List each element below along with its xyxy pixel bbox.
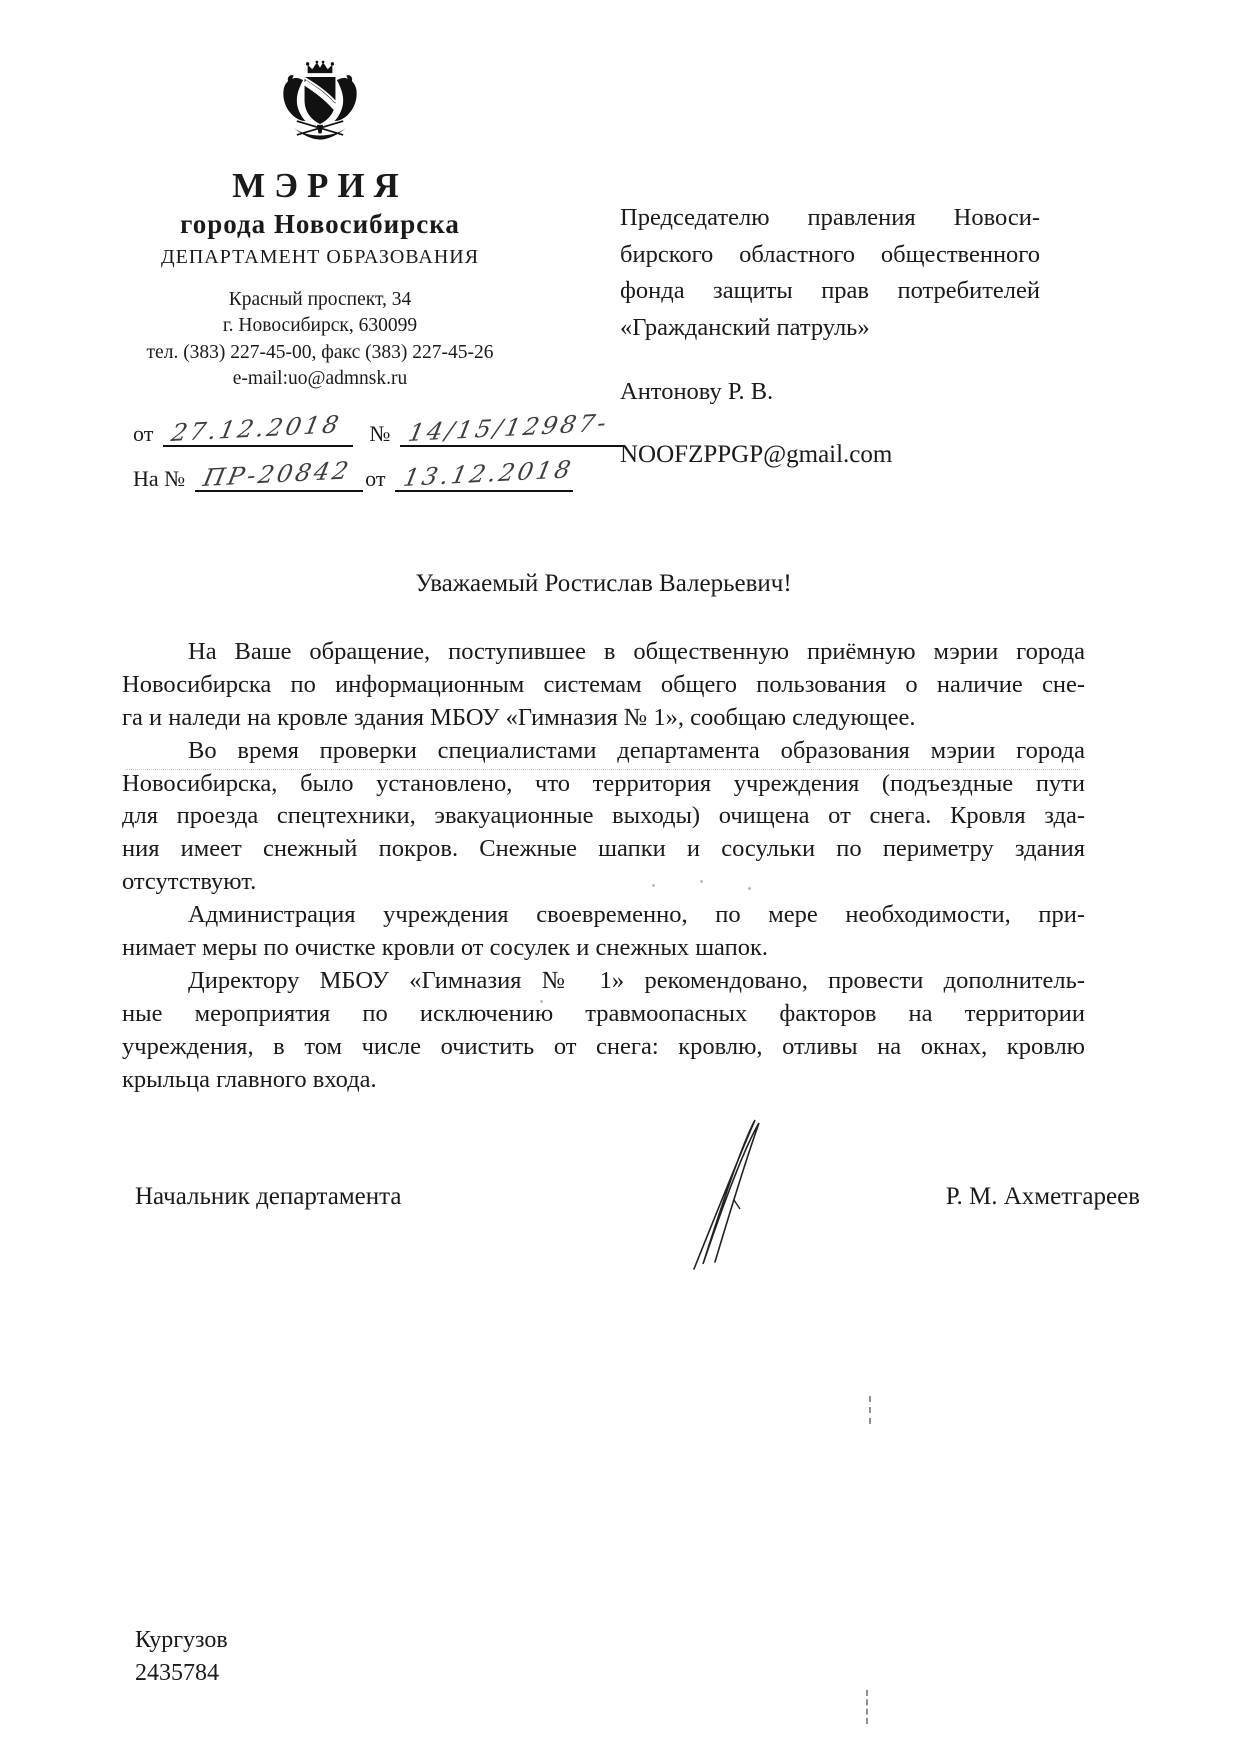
ref-from-label: от bbox=[133, 421, 163, 447]
pen-signature-icon bbox=[682, 1112, 782, 1277]
scan-speckle bbox=[748, 887, 751, 890]
outgoing-ref-row: от 27.12.2018 № 14/15/12987- bbox=[133, 415, 608, 447]
body-line: На Ваше обращение, поступившее в обществ… bbox=[122, 636, 1085, 669]
body-line: Новосибирска по информационным системам … bbox=[122, 669, 1085, 702]
scan-artifact-dash bbox=[866, 1690, 868, 1724]
incoming-ref-row: На № ПР-20842 от 13.12.2018 bbox=[133, 460, 608, 492]
outgoing-date-handwritten: 27.12.2018 bbox=[169, 410, 344, 447]
scan-noise-line bbox=[125, 769, 1080, 770]
letter-page: МЭРИЯ города Новосибирска ДЕПАРТАМЕНТ ОБ… bbox=[0, 0, 1240, 1754]
signer-name: Р. М. Ахметгареев bbox=[925, 1183, 1140, 1211]
outgoing-date-blank: 27.12.2018 bbox=[163, 415, 353, 447]
incoming-number-handwritten: ПР-20842 bbox=[201, 456, 354, 492]
body-line: учреждения, в том числе очистить от снег… bbox=[122, 1031, 1085, 1064]
executor-phone: 2435784 bbox=[135, 1657, 228, 1690]
org-city: города Новосибирска bbox=[95, 209, 545, 240]
letter-body: На Ваше обращение, поступившее в обществ… bbox=[122, 636, 1085, 1096]
body-line: Новосибирска, было установлено, что терр… bbox=[122, 768, 1085, 801]
outgoing-number-blank: 14/15/12987- bbox=[400, 415, 625, 447]
recipient-name: Антонову Р. В. bbox=[620, 378, 773, 406]
outgoing-number-handwritten: 14/15/12987- bbox=[406, 409, 612, 447]
executor-block: Кургузов 2435784 bbox=[135, 1624, 228, 1690]
incoming-number-blank: ПР-20842 bbox=[195, 460, 363, 492]
recipient-line: «Гражданский патруль» bbox=[620, 310, 1040, 347]
body-line: Во время проверки специалистами департам… bbox=[122, 735, 1085, 768]
address-city: г. Новосибирск, 630099 bbox=[95, 313, 545, 340]
scan-speckle bbox=[540, 1000, 543, 1003]
body-line: Директору МБОУ «Гимназия № 1» рекомендов… bbox=[122, 965, 1085, 998]
recipient-line: бирского областного общественного bbox=[620, 237, 1040, 274]
email-line: e-mail:uo@admnsk.ru bbox=[95, 366, 545, 393]
body-line: крыльца главного входа. bbox=[122, 1064, 1085, 1097]
salutation: Уважаемый Ростислав Валерьевич! bbox=[122, 570, 1085, 598]
incoming-date-blank: 13.12.2018 bbox=[395, 460, 573, 492]
recipient-email: NOOFZPPGP@gmail.com bbox=[620, 441, 892, 469]
recipient-block: Председателю правления Новоси- бирского … bbox=[620, 200, 1040, 346]
recipient-line: Председателю правления Новоси- bbox=[620, 200, 1040, 237]
org-name: МЭРИЯ bbox=[95, 168, 545, 205]
signer-position: Начальник департамента bbox=[135, 1183, 401, 1211]
department-name: ДЕПАРТАМЕНТ ОБРАЗОВАНИЯ bbox=[95, 246, 545, 269]
recipient-line: фонда защиты прав потребителей bbox=[620, 273, 1040, 310]
address-street: Красный проспект, 34 bbox=[95, 287, 545, 314]
letterhead: МЭРИЯ города Новосибирска ДЕПАРТАМЕНТ ОБ… bbox=[95, 60, 545, 393]
body-line: ния имеет снежный покров. Снежные шапки … bbox=[122, 833, 1085, 866]
body-line: отсутствуют. bbox=[122, 866, 1085, 899]
reply-number-label: На № bbox=[133, 466, 195, 492]
scan-speckle bbox=[700, 880, 703, 883]
reply-from-label: от bbox=[365, 466, 395, 492]
body-line: га и наледи на кровле здания МБОУ «Гимна… bbox=[122, 702, 1085, 735]
ref-number-label: № bbox=[369, 421, 400, 447]
org-address-block: Красный проспект, 34 г. Новосибирск, 630… bbox=[95, 287, 545, 393]
reference-block: от 27.12.2018 № 14/15/12987- На № ПР-208… bbox=[133, 415, 608, 505]
body-line: ные мероприятия по исключению травмоопас… bbox=[122, 998, 1085, 1031]
incoming-date-handwritten: 13.12.2018 bbox=[401, 455, 576, 492]
executor-name: Кургузов bbox=[135, 1624, 228, 1657]
body-line: нимает меры по очистке кровли от сосулек… bbox=[122, 932, 1085, 965]
scan-speckle bbox=[652, 884, 655, 887]
body-line: для проезда спецтехники, эвакуационные в… bbox=[122, 800, 1085, 833]
novosibirsk-coat-of-arms-icon bbox=[273, 60, 367, 162]
phone-fax-line: тел. (383) 227-45-00, факс (383) 227-45-… bbox=[95, 340, 545, 367]
body-line: Администрация учреждения своевременно, п… bbox=[122, 899, 1085, 932]
scan-artifact-dash bbox=[869, 1396, 871, 1424]
